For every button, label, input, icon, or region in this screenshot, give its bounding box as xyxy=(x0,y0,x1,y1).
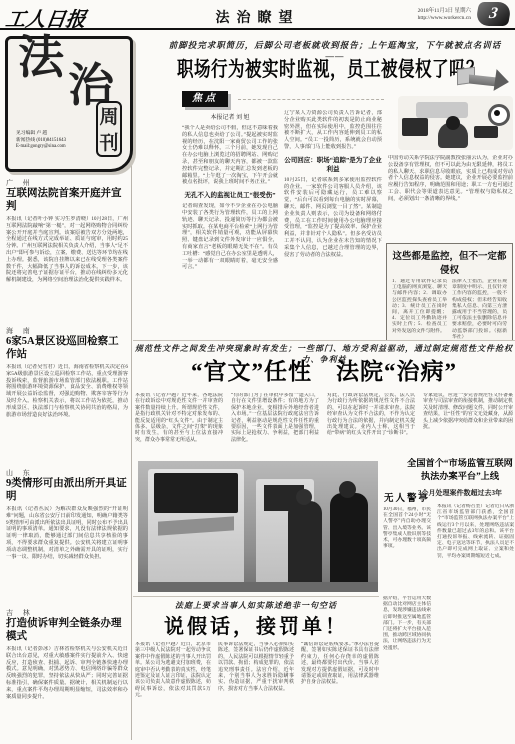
article-body: 本报讯（记者吴雪君）近日，海南省检察机关决定在6家5A级旅游景区设立巡回检察工作… xyxy=(6,364,128,468)
focus-byline: 本报记者 刘 旭 xyxy=(182,112,278,121)
header-rule xyxy=(0,28,515,30)
weekly-masthead: 法 治 周刊 见习编辑 卢 越 新闻热线 (010)84151643 E-mai… xyxy=(5,36,133,172)
platform-body-col-right: 本报讯（记者杨召奎）记者近日从浙江省市场监管部门获悉，全国首个“市场监管互联网执… xyxy=(437,504,514,742)
person-2-head xyxy=(339,481,356,498)
article-body: 本报讯（记者叶小钟 实习生罗清峣）10月28日，广州互联网法院敲响“第一槌”，对… xyxy=(6,216,128,338)
article-headline: 9类情形可由派出所开具证明 xyxy=(6,478,128,503)
focus-column-2: 辽宁某人力资源公司负责人告诉记者，部分企业购买此类软件的初衷是防止商业秘密外泄，… xyxy=(284,110,382,340)
eye-pupil-shape xyxy=(494,110,500,116)
monitor-shape xyxy=(402,118,428,136)
left-article-hainan: 海 南 6家5A景区设巡回检察工作站 本报讯（记者吴雪君）近日，海南省检察机关决… xyxy=(6,326,128,468)
focus-paragraph: 10月25日，记者联系到多家使用监控软件的企业。一家软件公司客服人员介绍，该软件… xyxy=(284,177,382,259)
left-article-shandong: 山 东 9类情形可由派出所开具证明 本报讯（记者丛民）为解决群众反映强烈的“开证… xyxy=(6,468,128,610)
date-text: 2018年11月3日 星期六 xyxy=(385,8,471,15)
court-headline: 说假话，接罚单！ xyxy=(133,610,379,639)
guanwen-col-4: 专家建议，应进一步完善规范性文件备案审查与司法审查的衔接机制，推动制定机关及时清… xyxy=(423,393,513,455)
region-label: 广 州 xyxy=(6,178,128,188)
platform-subhead: 3个月处理案件数超过去3年 xyxy=(406,488,514,498)
ground-shape xyxy=(138,582,378,592)
surveillance-illustration xyxy=(398,96,513,150)
court-col-3: “诚信诉讼是底线要求。”承办法官提醒，签署如实陈述保证书具有法律约束力，任何心存… xyxy=(301,642,379,740)
photo-caption-text: 10月30日，福州，市民在全国首个24小时“无人警亭”内自助办理交管、出入境等业… xyxy=(383,507,431,599)
arrow-shaft-shape xyxy=(469,75,497,87)
region-label: 海 南 xyxy=(6,326,128,336)
focus-paragraph: “我个人是卖给公司不假，但这不意味着我的私人信息也卖给了公司。”提起被实时监视的… xyxy=(182,125,278,186)
article-headline: 互联网法院首案开庭并宣判 xyxy=(6,188,128,213)
arrow-graphic xyxy=(455,64,513,96)
article-body: 本报讯（记者彭冰）吉林省检察机关与公安机关近日联合出台意见，对重大敏感案件实行提… xyxy=(6,646,128,744)
left-article-jilin: 吉 林 打造侦诉审判全链条办理模式 本报讯（记者彭冰）吉林省检察机关与公安机关近… xyxy=(6,608,128,744)
platform-headline-line2: 执法办案平台”上线 xyxy=(406,470,514,483)
kiosk-left-screen xyxy=(154,473,238,513)
court-col-1: 本报讯（记者卢越）近日，北京市第三中级人民法院对一起劳动争议案件中作虚假陈述的当… xyxy=(135,642,211,740)
article-body: 本报讯（记者丛民）为解决群众反映强烈的“开证明难”问题，山东省公安厅日前印发通知… xyxy=(6,506,128,610)
date-block: 2018年11月3日 星期六 http://www.workercn.cn xyxy=(385,8,471,22)
person-1-head xyxy=(296,489,312,505)
person-2-shape xyxy=(330,493,368,592)
article-headline: 打造侦诉审判全链条办理模式 xyxy=(6,618,128,643)
box-title: 这些都是监控，但不一定都侵权 xyxy=(392,248,507,276)
editor-line3: E-mail:gongry@sina.com xyxy=(16,144,94,151)
arrow-head-shape xyxy=(494,69,511,93)
news-photo xyxy=(138,461,378,592)
keyboard-shape xyxy=(416,102,468,118)
tablet-shape xyxy=(474,126,498,138)
monitoring-types-box: 这些都是监控，但不一定都侵权 1．通过专用软件记录员工电脑的网页浏览、聊天与邮件… xyxy=(386,243,513,341)
region-label: 吉 林 xyxy=(6,608,128,618)
guanwen-col-1: 本报讯（记者卢越）近年来，各地法院在行政诉讼中对规范性文件一并审查的案件数量持续… xyxy=(135,393,223,455)
focus-badge: 焦点 xyxy=(182,91,228,107)
region-label: 山 东 xyxy=(6,468,128,478)
guanwen-col-2: “有的部门为了在审批中多留一道关口，自行在文件里增设条件；有的地方为了保护本地企… xyxy=(231,393,319,455)
box-note: 法律人士指出，企业在规章制度中明示、且仅针对工作内容的监控，一般不构成侵权；但未… xyxy=(452,279,507,345)
masthead-char-1: 法 xyxy=(18,35,64,81)
section-rule-bottom xyxy=(133,596,379,597)
person-1-shape xyxy=(288,501,322,592)
page-number-badge: 3 xyxy=(475,2,512,26)
article-headline: 6家5A景区设巡回检察工作站 xyxy=(6,336,128,361)
url-text: http://www.workercn.cn xyxy=(385,15,471,22)
worker-head-shape xyxy=(446,116,460,130)
focus-column-3: 中国劳动关系学院法学院副教授张丽云认为，企业对办公设备享有管理权，但不可以此为由… xyxy=(388,155,513,239)
platform-body-col-left: 据介绍，平台运用大数据自动比对网店主体信息，发现涉嫌违法线索后即时推送至属地监管… xyxy=(383,596,431,742)
left-article-guangzhou: 广 州 互联网法院首案开庭并宣判 本报讯（记者叶小钟 实习生罗清峣）10月28日… xyxy=(6,178,128,338)
focus-dashed-line xyxy=(238,99,384,100)
focus-subhead-2: 公司回应：职场“追踪”是为了企业利益 xyxy=(284,155,382,173)
focus-column-1: 本报记者 刘 旭 “我个人是卖给公司不假，但这不意味着我的私人信息也卖给了公司。… xyxy=(182,110,278,340)
editor-info: 见习编辑 卢 越 新闻热线 (010)84151643 E-mail:gongr… xyxy=(16,131,94,151)
box-list: 1．通过专用软件记录员工电脑的网页浏览、聊天与邮件内容；2．调取办公区监控探头查… xyxy=(392,279,447,345)
photo-caption-block: 无人警亭 10月30日，福州，市民在全国首个24小时“无人警亭”内自助办理交管、… xyxy=(383,490,431,599)
focus-subhead-1: 无孔不入的监视让员工“很受伤” xyxy=(182,190,278,199)
court-col-2: 民事诉讼法规定，当事人必须如实陈述，签署保证书后仍作虚假陈述的，人民法院可以根据… xyxy=(218,642,294,740)
platform-headline-line1: 全国首个“市场监管互联网 xyxy=(406,457,514,470)
section-rule xyxy=(133,340,515,341)
weekly-label: 周刊 xyxy=(96,101,122,157)
focus-paragraph: 记者调查发现，如今不少企业在办公电脑中安装了各类行为管理软件，员工的上网轨迹、聊… xyxy=(182,203,278,271)
platform-headline: 全国首个“市场监管互联网 执法办案平台”上线 xyxy=(406,457,514,483)
newspaper-page: 工人日报 法治瞭望 2018年11月3日 星期六 http://www.work… xyxy=(0,0,515,744)
column-divider xyxy=(131,152,132,740)
focus-paragraph: 辽宁某人力资源公司负责人告诉记者，部分企业购买此类软件的初衷是防止商业秘密外泄，… xyxy=(284,110,382,151)
guanwen-headline: “官文”任性 法院“治病” xyxy=(133,353,515,386)
guanwen-col-3: 对此，行政诉讼法规定，公民、法人认为行政行为所依据的规范性文件不合法的，可以在起… xyxy=(327,393,415,455)
